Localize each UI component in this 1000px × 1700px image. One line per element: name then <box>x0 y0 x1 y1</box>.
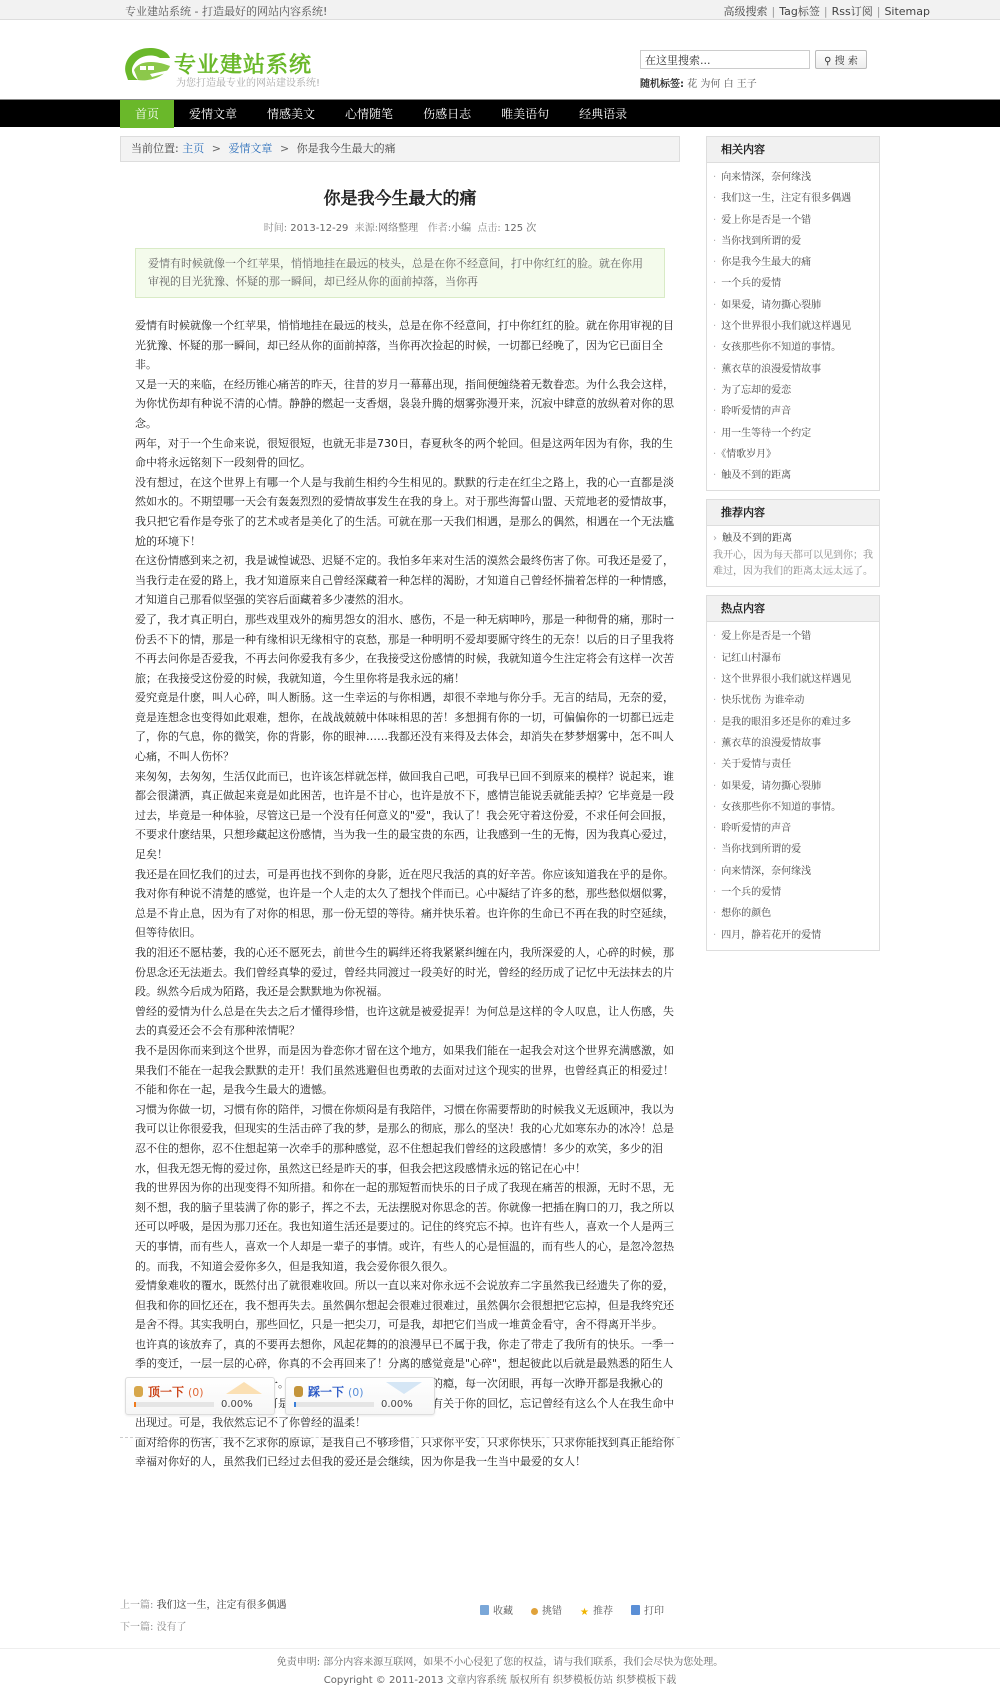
upvote-count: (0) <box>188 1386 204 1399</box>
paragraph: 爱究竟是什麽，叫人心碎，叫人断肠。这一生幸运的与你相遇，却很不幸地与你分手。无言… <box>135 688 675 766</box>
upvote-progress-bar <box>134 1402 214 1407</box>
hot-item[interactable]: 爱上你是否是一个错 <box>713 626 879 647</box>
hot-item[interactable]: 记红山村瀑布 <box>713 648 879 669</box>
paragraph: 爱情有时候就像一个红苹果，悄悄地挂在最远的枝头，总是在你不经意间，打中你红红的脸… <box>135 316 675 375</box>
upvote-percent: 0.00% <box>221 1399 253 1410</box>
breadcrumb-home[interactable]: 主页 <box>182 142 204 155</box>
paragraph: 爱了，我才真正明白，那些戏里戏外的痴男怨女的泪水、感伤，不是一种无病呻吟，那是一… <box>135 610 675 688</box>
related-item[interactable]: 这个世界很小我们就这样遇见 <box>713 316 879 337</box>
related-item[interactable]: 我们这一生，注定有很多偶遇 <box>713 188 879 209</box>
copyright: Copyright © 2011-2013 文章内容系统 版权所有 织梦模板仿站… <box>0 1672 1000 1690</box>
header: 专业建站系统 为您打造最专业的网站建设系统! ⚲ 搜 索 随机标签: 花 为何 … <box>0 20 1000 99</box>
click-count: 125 次 <box>504 223 536 234</box>
downvote-label: 踩一下 <box>308 1385 344 1399</box>
thumbs-down-icon <box>294 1386 303 1397</box>
hot-item[interactable]: 想你的颜色 <box>713 903 879 924</box>
separator: | <box>877 5 881 18</box>
hot-item[interactable]: 四月，静若花开的爱情 <box>713 925 879 946</box>
key-icon <box>531 1608 538 1615</box>
article-body: 爱情有时候就像一个红苹果，悄悄地挂在最远的枝头，总是在你不经意间，打中你红红的脸… <box>135 316 675 1472</box>
related-item[interactable]: 女孩那些你不知道的事情。 <box>713 337 879 358</box>
logo-subtitle: 为您打造最专业的网站建设系统! <box>176 74 320 89</box>
report-error-label: 挑错 <box>542 1606 562 1617</box>
recommended-item-link[interactable]: 触及不到的距离 <box>713 530 873 548</box>
site-logo[interactable]: 专业建站系统 为您打造最专业的网站建设系统! <box>120 34 330 94</box>
tag-link[interactable]: Tag标签 <box>779 5 820 18</box>
tag-link[interactable]: 花 <box>687 79 697 90</box>
article-title: 你是我今生最大的痛 <box>120 184 680 209</box>
nav-item-home[interactable]: 首页 <box>120 100 174 128</box>
article-meta: 时间: 2013-12-29 来源:网络整理 作者:小编 点击: 125 次 <box>120 219 680 234</box>
advanced-search-link[interactable]: 高级搜索 <box>724 5 768 18</box>
search-input[interactable] <box>640 50 810 69</box>
upvote-label: 顶一下 <box>148 1385 184 1399</box>
train-logo-icon <box>120 44 172 84</box>
paragraph: 我的世界因为你的出现变得不知所措。和你在一起的那短暂而快乐的日子成了我现在痛苦的… <box>135 1178 675 1276</box>
separator: | <box>824 5 828 18</box>
paragraph: 习惯为你做一切，习惯有你的陪伴，习惯在你烦闷是有我陪伴，习惯在你需要帮助的时候我… <box>135 1100 675 1178</box>
nav-item-sad-diary[interactable]: 伤感日志 <box>408 100 486 128</box>
search-button[interactable]: ⚲ 搜 索 <box>815 50 867 69</box>
print-label: 打印 <box>644 1606 664 1617</box>
hot-item[interactable]: 是我的眼泪多还是你的难过多 <box>713 712 879 733</box>
paragraph: 我还是在回忆我们的过去，可是再也找不到你的身影，近在咫尺我活的真的好辛苦。你应该… <box>135 865 675 943</box>
recommended-content-box: 推荐内容 触及不到的距离 我开心，因为每天都可以见到你；我难过，因为我们的距离太… <box>706 499 880 587</box>
rss-link[interactable]: Rss订阅 <box>832 5 873 18</box>
main-content: 当前位置: 主页 > 爱情文章 > 你是我今生最大的痛 你是我今生最大的痛 时间… <box>120 136 680 1472</box>
downvote-percent: 0.00% <box>381 1399 413 1410</box>
nav-item-mood-notes[interactable]: 心情随笔 <box>330 100 408 128</box>
arrow-up-icon <box>226 1382 262 1394</box>
paragraph: 没有想过，在这个世界上有哪一个人是与我前生相约今生相见的。默默的行走在红尘之路上… <box>135 473 675 551</box>
random-tags: 随机标签: 花 为何 白 王子 <box>640 75 757 90</box>
related-item[interactable]: 一个兵的爱情 <box>713 273 879 294</box>
separator: | <box>772 5 776 18</box>
nav-item-love-articles[interactable]: 爱情文章 <box>174 100 252 128</box>
recommend-label: 推荐 <box>593 1606 613 1617</box>
nav-item-emotional-prose[interactable]: 情感美文 <box>252 100 330 128</box>
time-label: 时间: <box>264 223 287 234</box>
hot-item[interactable]: 关于爱情与责任 <box>713 754 879 775</box>
upvote-button[interactable]: 顶一下(0) 0.00% <box>125 1377 275 1415</box>
related-content-box: 相关内容 向来情深，奈何缘浅 我们这一生，注定有很多偶遇 爱上你是否是一个错 当… <box>706 136 880 491</box>
paragraph: 面对给你的伤害，我不乞求你的原谅，是我自己不够珍惜，只求你平安，只求你快乐，只求… <box>135 1433 675 1472</box>
search-icon: ⚲ <box>824 56 835 67</box>
favorite-icon <box>480 1605 489 1615</box>
recommended-content-title: 推荐内容 <box>707 500 879 526</box>
hot-item[interactable]: 女孩那些你不知道的事情。 <box>713 797 879 818</box>
nav-item-beautiful-sentences[interactable]: 唯美语句 <box>486 100 564 128</box>
hot-item[interactable]: 向来情深，奈何缘浅 <box>713 861 879 882</box>
search-button-label: 搜 索 <box>835 56 858 67</box>
hot-item[interactable]: 如果爱，请勿撕心裂肺 <box>713 776 879 797</box>
publish-date: 2013-12-29 <box>290 223 348 234</box>
random-tags-label: 随机标签: <box>640 79 684 90</box>
related-content-title: 相关内容 <box>707 137 879 163</box>
paragraph: 曾经的爱情为什么总是在失去之后才懂得珍惜，也许这就是被爱捉弄！为何总是这样的令人… <box>135 1002 675 1041</box>
related-item[interactable]: 触及不到的距离 <box>713 465 879 486</box>
breadcrumb-sep: > <box>280 142 289 155</box>
recommended-item-desc: 我开心，因为每天都可以见到你；我难过，因为我们的距离太远太远了。 <box>713 548 873 580</box>
favorite-button[interactable]: 收藏 <box>480 1602 513 1618</box>
author: 小编 <box>451 223 471 234</box>
nav-item-classic-quotes[interactable]: 经典语录 <box>564 100 642 128</box>
print-icon <box>631 1605 640 1615</box>
arrow-down-icon <box>386 1382 422 1394</box>
related-item[interactable]: 聆听爱情的声音 <box>713 401 879 422</box>
prev-label: 上一篇: <box>120 1600 153 1611</box>
disclaimer: 免责申明: 部分内容来源互联网，如果不小心侵犯了您的权益，请与我们联系，我们会尽… <box>0 1654 1000 1672</box>
article-summary: 爱情有时候就像一个红苹果，悄悄地挂在最远的枝头，总是在你不经意间，打中你红红的脸… <box>135 248 665 298</box>
paragraph: 又是一天的来临，在经历锥心痛苦的昨天，往昔的岁月一幕幕出现，指间便缠绕着无数眷恋… <box>135 375 675 434</box>
recommend-button[interactable]: ★推荐 <box>580 1602 613 1618</box>
next-label: 下一篇: <box>120 1622 153 1633</box>
prev-next-links: 上一篇: 我们这一生，注定有很多偶遇 下一篇: 没有了 <box>120 1595 287 1639</box>
related-item[interactable]: 为了忘却的爱恋 <box>713 380 879 401</box>
hot-content-box: 热点内容 爱上你是否是一个错 记红山村瀑布 这个世界很小我们就这样遇见 快乐忧伤… <box>706 595 880 950</box>
paragraph: 我的泪还不愿枯萎，我的心还不愿死去，前世今生的羁绊还将我紧紧纠缠在内，我所深爱的… <box>135 943 675 1002</box>
top-bar: 专业建站系统 - 打造最好的网站内容系统! 高级搜索|Tag标签|Rss订阅|S… <box>0 0 1000 20</box>
hot-item[interactable]: 聆听爱情的声音 <box>713 818 879 839</box>
footer: 免责申明: 部分内容来源互联网，如果不小心侵犯了您的权益，请与我们联系，我们会尽… <box>0 1648 1000 1690</box>
prev-article-link[interactable]: 我们这一生，注定有很多偶遇 <box>157 1600 287 1611</box>
breadcrumb-category[interactable]: 爱情文章 <box>228 142 272 155</box>
downvote-count: (0) <box>348 1386 364 1399</box>
related-item[interactable]: 向来情深，奈何缘浅 <box>713 167 879 188</box>
paragraph: 来匆匆，去匆匆，生活仅此而已，也许该怎样就怎样，做回我自己吧，可我早已回不到原来… <box>135 767 675 865</box>
breadcrumb: 当前位置: 主页 > 爱情文章 > 你是我今生最大的痛 <box>120 136 680 162</box>
related-item[interactable]: 当你找到所谓的爱 <box>713 231 879 252</box>
report-error-button[interactable]: 挑错 <box>531 1602 562 1618</box>
hot-item[interactable]: 这个世界很小我们就这样遇见 <box>713 669 879 690</box>
related-item[interactable]: 《情歌岁月》 <box>713 444 879 465</box>
source-label: 来源: <box>355 223 378 234</box>
article-actions: 收藏 挑错 ★推荐 打印 <box>480 1602 664 1618</box>
sidebar: 相关内容 向来情深，奈何缘浅 我们这一生，注定有很多偶遇 爱上你是否是一个错 当… <box>706 136 880 959</box>
print-button[interactable]: 打印 <box>631 1602 664 1618</box>
hot-item[interactable]: 当你找到所谓的爱 <box>713 839 879 860</box>
next-article: 没有了 <box>157 1622 187 1633</box>
breadcrumb-current: 你是我今生最大的痛 <box>297 142 396 155</box>
site-slogan: 专业建站系统 - 打造最好的网站内容系统! <box>125 3 327 19</box>
source: 网络整理 <box>378 223 418 234</box>
tag-link[interactable]: 白 <box>724 79 734 90</box>
search-form: ⚲ 搜 索 <box>640 50 810 69</box>
related-item[interactable]: 如果爱，请勿撕心裂肺 <box>713 295 879 316</box>
paragraph: 爱情象难收的覆水，既然付出了就很难收回。所以一直以来对你永远不会说放弃二字虽然我… <box>135 1276 675 1335</box>
paragraph: 我不是因你而来到这个世界，而是因为眷恋你才留在这个地方，如果我们能在一起我会对这… <box>135 1041 675 1100</box>
related-item[interactable]: 薰衣草的浪漫爱情故事 <box>713 359 879 380</box>
related-item[interactable]: 用一生等待一个约定 <box>713 423 879 444</box>
favorite-label: 收藏 <box>493 1606 513 1617</box>
hot-item[interactable]: 快乐忧伤 为谁牵动 <box>713 690 879 711</box>
breadcrumb-label: 当前位置: <box>131 142 179 155</box>
tag-link[interactable]: 为何 <box>700 79 720 90</box>
downvote-button[interactable]: 踩一下(0) 0.00% <box>285 1377 435 1415</box>
hot-content-title: 热点内容 <box>707 596 879 622</box>
breadcrumb-sep: > <box>212 142 221 155</box>
hot-item[interactable]: 薰衣草的浪漫爱情故事 <box>713 733 879 754</box>
divider <box>120 1437 680 1438</box>
thumbs-up-icon <box>134 1386 143 1397</box>
related-item[interactable]: 爱上你是否是一个错 <box>713 210 879 231</box>
paragraph: 两年，对于一个生命来说，很短很短，也就无非是730日，春夏秋冬的两个轮回。但是这… <box>135 434 675 473</box>
hot-item[interactable]: 一个兵的爱情 <box>713 882 879 903</box>
sitemap-link[interactable]: Sitemap <box>884 5 930 18</box>
author-label: 作者: <box>428 223 451 234</box>
downvote-progress-bar <box>294 1402 374 1407</box>
clicks-label: 点击: <box>477 223 500 234</box>
tag-link[interactable]: 王子 <box>737 79 757 90</box>
main-nav: 首页 爱情文章 情感美文 心情随笔 伤感日志 唯美语句 经典语录 <box>0 99 1000 127</box>
star-icon: ★ <box>580 1607 589 1618</box>
paragraph: 在这份情感到来之初，我是诚惶诚恐、迟疑不定的。我怕多年来对生活的漠然会最终伤害了… <box>135 551 675 610</box>
related-item[interactable]: 你是我今生最大的痛 <box>713 252 879 273</box>
top-links: 高级搜索|Tag标签|Rss订阅|Sitemap <box>724 3 930 19</box>
vote-panel: 顶一下(0) 0.00% 踩一下(0) 0.00% <box>125 1377 435 1415</box>
